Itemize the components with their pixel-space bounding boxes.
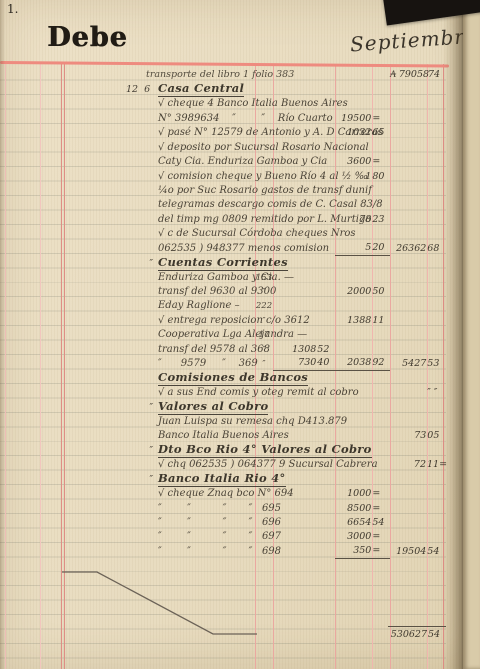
amount-pesos: 5427 [390, 358, 426, 370]
margin-note: ″ [120, 474, 158, 487]
margin-note [120, 298, 158, 299]
amount-pesos: 2000 [335, 286, 371, 298]
section-heading: Dto Bco Rio 4° Valores al Cobro [158, 442, 372, 458]
entry-description: Juan Luispa su remesa chq D413.879 [158, 416, 255, 429]
amount-value [335, 385, 390, 386]
ledger-row: ″ ″ ″ ″ 6958500= [0, 501, 480, 515]
sub-amount [273, 110, 335, 111]
amount-cents: 53 [426, 358, 443, 370]
sub-amount [273, 139, 335, 140]
folio-number [255, 500, 273, 501]
entry-description: Casa Central [158, 82, 255, 97]
entry-description: ″ ″ ″ ″ 696 [158, 517, 255, 530]
row-spacer [0, 500, 120, 501]
total-value [390, 327, 443, 328]
folio-number: ″ [255, 286, 273, 299]
sub-amount [273, 500, 335, 501]
amount-pesos: 350 [335, 545, 371, 557]
amount-value: 3600= [335, 156, 390, 169]
row-spacer [0, 183, 120, 184]
entry-description: transf del 9578 al 368 [158, 344, 255, 357]
folio-number [255, 226, 273, 227]
grand-total-cents: 54 [427, 629, 444, 640]
sub-amount [273, 486, 335, 487]
amount-cents: 52 [316, 344, 335, 356]
total-value: 542753 [390, 358, 443, 371]
margin-note: ″ [120, 445, 158, 458]
margin-note [120, 370, 158, 371]
row-spacer [0, 270, 120, 271]
sub-amount [273, 197, 335, 198]
amount-cents: 20 [371, 242, 390, 254]
entry-description: ″ ″ ″ ″ 698 [158, 546, 255, 559]
grand-total-pesos: 530627 [388, 629, 427, 640]
amount-value [335, 414, 390, 415]
ledger-row: √ pasé N° 12579 de Antonio y A. D Carrer… [0, 126, 480, 140]
folio-number [255, 81, 273, 82]
amount-value: 8500= [335, 503, 390, 516]
ledger-row: Caty Cia. Enduriza Gamboa y Cia3600= [0, 155, 480, 169]
sub-amount [273, 270, 335, 271]
row-spacer [0, 226, 120, 227]
row-spacer [0, 385, 120, 386]
row-spacer [0, 284, 120, 285]
amount-pesos: ₳ 79058 [390, 69, 427, 81]
row-spacer [0, 154, 120, 155]
ledger-row: ″Cuentas Corrientes [0, 256, 480, 270]
row-spacer [0, 168, 120, 169]
sub-amount [273, 183, 335, 184]
amount-cents: 50 [371, 286, 390, 298]
entry-description: Caty Cia. Enduriza Gamboa y Cia [158, 156, 255, 169]
total-value [390, 183, 443, 184]
total-value: 7211= [390, 459, 443, 472]
ledger-row: √ deposito por Sucursal Rosario Nacional [0, 140, 480, 154]
amount-cents: 54 [426, 546, 443, 558]
amount-cents: = [371, 156, 390, 168]
ledger-row: √ a sus End comis y oteg remit al cobro″… [0, 386, 480, 400]
month-partial-letter: d [466, 36, 477, 56]
sub-amount [273, 226, 335, 227]
margin-note [120, 341, 158, 342]
entry-description: √ deposito por Sucursal Rosario Nacional [158, 142, 255, 155]
amount-cents: 40 [316, 357, 335, 369]
sub-amount [273, 399, 335, 400]
folio-number [255, 414, 273, 415]
entry-description: ¼o por Suc Rosario gastos de transf duni… [158, 185, 255, 198]
sub-amount: 73040 [273, 357, 335, 371]
amount-pesos: 19504 [390, 546, 426, 558]
photo-corner [382, 0, 480, 25]
amount-pesos: 2038 [335, 357, 371, 369]
amount-pesos: 5 [335, 242, 371, 254]
amount-cents: ″ ″ [426, 387, 443, 399]
folio-number [255, 486, 273, 487]
folio-number [255, 270, 273, 271]
total-value [390, 284, 443, 285]
entry-description: transf del 9630 al 9300 [158, 286, 255, 299]
sub-amount [273, 457, 335, 458]
entry-description: √ cheque Znaq bco N° 694 [158, 488, 255, 501]
amount-pesos: 73 [390, 430, 426, 442]
total-value: 7305 [390, 430, 443, 443]
amount-value [335, 428, 390, 429]
amount-value [335, 154, 390, 155]
ledger-row: telegramas descargo comis de C. Casal 83… [0, 198, 480, 212]
amount-value [335, 270, 390, 271]
total-value: 2636268 [390, 243, 443, 256]
margin-note [120, 356, 158, 357]
sub-amount [273, 211, 335, 212]
amount-value [335, 341, 390, 342]
folio-number [255, 168, 273, 169]
amount-cents: 80 [371, 171, 390, 183]
folio-number [255, 457, 273, 458]
row-spacer [0, 457, 120, 458]
amount-value [335, 471, 390, 472]
amount-cents: 05 [426, 430, 443, 442]
sub-amount: 130852 [273, 344, 335, 357]
amount-value: 350= [335, 545, 390, 559]
amount-cents: 54 [371, 517, 390, 529]
total-value [390, 341, 443, 342]
sub-amount [273, 341, 335, 342]
ledger-row: Comisiones de Bancos [0, 371, 480, 385]
entry-description: √ entrega reposicion c/o 3612 [158, 315, 255, 328]
amount-cents: 11 [371, 315, 390, 327]
amount-cents: 23 [371, 214, 390, 226]
sub-amount [273, 515, 335, 516]
row-spacer [0, 139, 120, 140]
row-spacer [0, 81, 120, 82]
entry-description: Enduriza Gamboa y Cia. — [158, 272, 255, 285]
margin-note [120, 428, 158, 429]
ledger-page: 1. Debe Septiembre d transporte del libr… [0, 0, 480, 669]
margin-note [120, 515, 158, 516]
entry-description: Cooperativa Lga Alejandra — [158, 329, 255, 342]
header-rule [0, 61, 449, 67]
entry-description: ″ ″ ″ ″ 697 [158, 531, 255, 544]
section-heading: Valores al Cobro [158, 399, 268, 415]
entry-description: √ cheque 4 Banco Italia Buenos Aires [158, 98, 255, 111]
total-value [390, 125, 443, 126]
margin-note [120, 240, 158, 241]
total-value [390, 197, 443, 198]
amount-cents: 92 [371, 357, 390, 369]
row-spacer [0, 255, 120, 256]
folio-number [255, 110, 273, 111]
amount-cents: = [371, 503, 390, 515]
sub-amount [273, 312, 335, 313]
row-spacer [0, 558, 120, 559]
entry-description: Cuentas Corrientes [158, 256, 255, 271]
row-spacer [0, 312, 120, 313]
margin-note [120, 139, 158, 140]
sub-amount [273, 284, 335, 285]
amount-pesos: 1032 [335, 127, 371, 139]
row-spacer [0, 211, 120, 212]
margin-note [120, 197, 158, 198]
sub-amount [273, 168, 335, 169]
amount-value: 180 [335, 171, 390, 184]
row-spacer [0, 110, 120, 111]
amount-cents: 68 [426, 243, 443, 255]
section-heading: Cuentas Corrientes [158, 255, 288, 271]
folio-number [255, 515, 273, 516]
folio-number [255, 529, 273, 530]
folio-number [255, 558, 273, 559]
row-spacer [0, 442, 120, 443]
margin-note: ″ [120, 402, 158, 415]
amount-pesos: 730 [273, 357, 316, 369]
amount-cents: = [371, 531, 390, 543]
amount-value: 7823 [335, 214, 390, 227]
section-heading: Banco Italia Rio 4° [158, 471, 286, 487]
amount-cents: = [371, 545, 390, 557]
entry-description: del timp mg 0809 remitido por L. Murtigo [158, 214, 255, 227]
row-spacer [0, 298, 120, 299]
entry-description: Valores al Cobro [158, 400, 255, 415]
amount-pesos [390, 387, 426, 399]
entry-description: 062535 ) 948377 menos comision [158, 243, 255, 256]
sub-amount [273, 385, 335, 386]
sub-amount [273, 240, 335, 241]
entry-description: √ pasé N° 12579 de Antonio y A. D Carrer… [158, 127, 255, 140]
folio-number: ″ [255, 344, 273, 357]
amount-cents: = [371, 488, 390, 500]
total-value [390, 211, 443, 212]
row-spacer [0, 197, 120, 198]
amount-cents: = [371, 113, 390, 125]
entry-description: ″ ″ ″ ″ 695 [158, 503, 255, 516]
margin-note [120, 471, 158, 472]
entry-description: √ c de Sucursal Córdoba cheques Nros [158, 228, 255, 241]
amount-pesos: 3000 [335, 531, 371, 543]
margin-note [120, 327, 158, 328]
folio-number: ″ [255, 315, 273, 328]
total-value [390, 154, 443, 155]
row-spacer [0, 370, 120, 371]
amount-value: 1000= [335, 488, 390, 501]
amount-value [335, 399, 390, 400]
ledger-row: 062535 ) 948377 menos comision5202636268 [0, 241, 480, 255]
ledger-row: ″ ″ ″ ″ 6973000= [0, 530, 480, 544]
total-value [390, 385, 443, 386]
grand-total: 530627 54 [388, 626, 446, 640]
total-value [390, 529, 443, 530]
amount-pesos: 8500 [335, 503, 371, 515]
ledger-row: ¼o por Suc Rosario gastos de transf duni… [0, 184, 480, 198]
entry-description: telegramas descargo comis de C. Casal 83… [158, 199, 255, 212]
ledger-row: √ chq 062535 ) 064377 9 Sucursal Cabrera… [0, 458, 480, 472]
total-value [390, 543, 443, 544]
total-value [390, 226, 443, 227]
ledger-row: Juan Luispa su remesa chq D413.879 [0, 415, 480, 429]
amount-pesos: 3600 [335, 156, 371, 168]
total-value [390, 515, 443, 516]
row-spacer [0, 428, 120, 429]
amount-pesos: 1388 [335, 315, 371, 327]
total-value [390, 457, 443, 458]
sub-amount [273, 558, 335, 559]
ledger-row: N° 3989634 ″ ″ Río Cuarto19500= [0, 111, 480, 125]
ledger-row: Eday Raglione –222 [0, 299, 480, 313]
amount-value [335, 96, 390, 97]
sub-amount [273, 327, 335, 328]
ledger-row: √ comision cheque y Bueno Río 4 al ½ ‰18… [0, 169, 480, 183]
ledger-row: √ entrega reposicion c/o 3612″138811 [0, 313, 480, 327]
entry-description: Comisiones de Bancos [158, 371, 255, 386]
amount-pesos: 6654 [335, 517, 371, 529]
ledger-row: Banco Italia Buenos Aires7305 [0, 429, 480, 443]
ledger-row: Cooperativa Lga Alejandra —17 [0, 328, 480, 342]
total-value [390, 486, 443, 487]
row-spacer [0, 543, 120, 544]
amount-value: 520 [335, 242, 390, 256]
ledger-row: √ cheque 4 Banco Italia Buenos Aires [0, 97, 480, 111]
row-spacer [0, 399, 120, 400]
margin-note [120, 543, 158, 544]
margin-note [120, 110, 158, 111]
total-value [390, 96, 443, 97]
amount-pesos: 19500 [335, 113, 371, 125]
amount-pesos: 26362 [390, 243, 426, 255]
margin-note [120, 558, 158, 559]
margin-note [120, 529, 158, 530]
ledger-row: transporte del libro 1 folio 383₳ 790587… [0, 68, 480, 82]
amount-value [335, 486, 390, 487]
folio-number [255, 240, 273, 241]
sub-amount [273, 428, 335, 429]
amount-value: 665454 [335, 517, 390, 530]
row-spacer [0, 125, 120, 126]
grand-total-value: 530627 54 [388, 629, 446, 640]
ledger-row: √ c de Sucursal Córdoba cheques Nros [0, 227, 480, 241]
entry-description: Eday Raglione – [158, 300, 255, 313]
margin-note [120, 500, 158, 501]
amount-value: 19500= [335, 113, 390, 126]
amount-cents: 65 [371, 127, 390, 139]
margin-note [120, 154, 158, 155]
folio-number [255, 428, 273, 429]
folio-number: 17 [255, 329, 273, 342]
folio-number: 222 [255, 300, 273, 313]
amount-value: 3000= [335, 531, 390, 544]
amount-cents: 11= [426, 459, 443, 471]
total-value [390, 139, 443, 140]
amount-value: 103265 [335, 127, 390, 140]
entry-description: N° 3989634 ″ ″ Río Cuarto [158, 113, 255, 126]
total-value [390, 500, 443, 501]
ledger-row: ″ ″ ″ ″ 698350=1950454 [0, 544, 480, 558]
margin-note [120, 125, 158, 126]
row-spacer [0, 341, 120, 342]
amount-cents: 74 [427, 69, 443, 81]
margin-note [120, 399, 158, 400]
entry-description: Dto Bco Rio 4° Valores al Cobro [158, 443, 255, 458]
total-value [390, 110, 443, 111]
ledger-row: del timp mg 0809 remitido por L. Murtigo… [0, 212, 480, 226]
amount-value [335, 197, 390, 198]
row-spacer [0, 356, 120, 357]
total-value [390, 240, 443, 241]
total-value [390, 356, 443, 357]
section-heading: Comisiones de Bancos [158, 370, 308, 386]
margin-note: 12 6 [120, 84, 158, 97]
total-value: 1950454 [390, 546, 443, 559]
month-label: Septiembre [349, 24, 478, 57]
ledger-row: ″Banco Italia Rio 4° [0, 472, 480, 486]
folio-number [255, 385, 273, 386]
total-value: ″ ″ [390, 387, 443, 400]
total-value [390, 270, 443, 271]
folio-number [255, 197, 273, 198]
folio-number [255, 154, 273, 155]
folio-number: 153 [255, 272, 273, 285]
folio-number [255, 96, 273, 97]
margin-note [120, 284, 158, 285]
total-value [390, 312, 443, 313]
amount-value [335, 211, 390, 212]
margin-note [120, 211, 158, 212]
folio-number [255, 125, 273, 126]
amount-pesos: 78 [335, 214, 371, 226]
folio-number [255, 211, 273, 212]
margin-note [120, 226, 158, 227]
sub-amount [273, 154, 335, 155]
ledger-row: ″ ″ ″ ″ 696665454 [0, 516, 480, 530]
folio-number [255, 139, 273, 140]
amount-value: 200050 [335, 286, 390, 299]
ledger-row: transf del 9630 al 9300″200050 [0, 285, 480, 299]
margin-note [120, 385, 158, 386]
row-spacer [0, 327, 120, 328]
margin-note [120, 312, 158, 313]
amount-value [335, 457, 390, 458]
amount-pesos: 72 [390, 459, 426, 471]
entry-description: √ comision cheque y Bueno Río 4 al ½ ‰ [158, 171, 255, 184]
row-spacer [0, 486, 120, 487]
row-spacer [0, 515, 120, 516]
ledger-row: ″ 9579 ″ 369″73040203892542753 [0, 357, 480, 371]
total-value [390, 298, 443, 299]
folio-number [255, 543, 273, 544]
sub-amount [273, 529, 335, 530]
sub-amount [273, 96, 335, 97]
ledger-row: Enduriza Gamboa y Cia. —153 [0, 270, 480, 284]
ledger-row: 12 6Casa Central [0, 82, 480, 96]
amount-value: 203892 [335, 357, 390, 371]
margin-note: ″ [120, 258, 158, 271]
row-spacer [0, 414, 120, 415]
amount-value [335, 81, 390, 82]
margin-note [120, 168, 158, 169]
amount-value [335, 110, 390, 111]
page-number: 1. [7, 2, 18, 16]
row-spacer [0, 529, 120, 530]
row-spacer [0, 240, 120, 241]
total-value [390, 414, 443, 415]
total-value: ₳ 7905874 [390, 69, 443, 82]
total-value [390, 168, 443, 169]
amount-value: 138811 [335, 315, 390, 328]
amount-pesos: 1000 [335, 488, 371, 500]
ledger-row: √ cheque Znaq bco N° 6941000= [0, 487, 480, 501]
ledger-row: ″Dto Bco Rio 4° Valores al Cobro [0, 443, 480, 457]
row-spacer [0, 96, 120, 97]
margin-note [120, 255, 158, 256]
margin-note [120, 442, 158, 443]
